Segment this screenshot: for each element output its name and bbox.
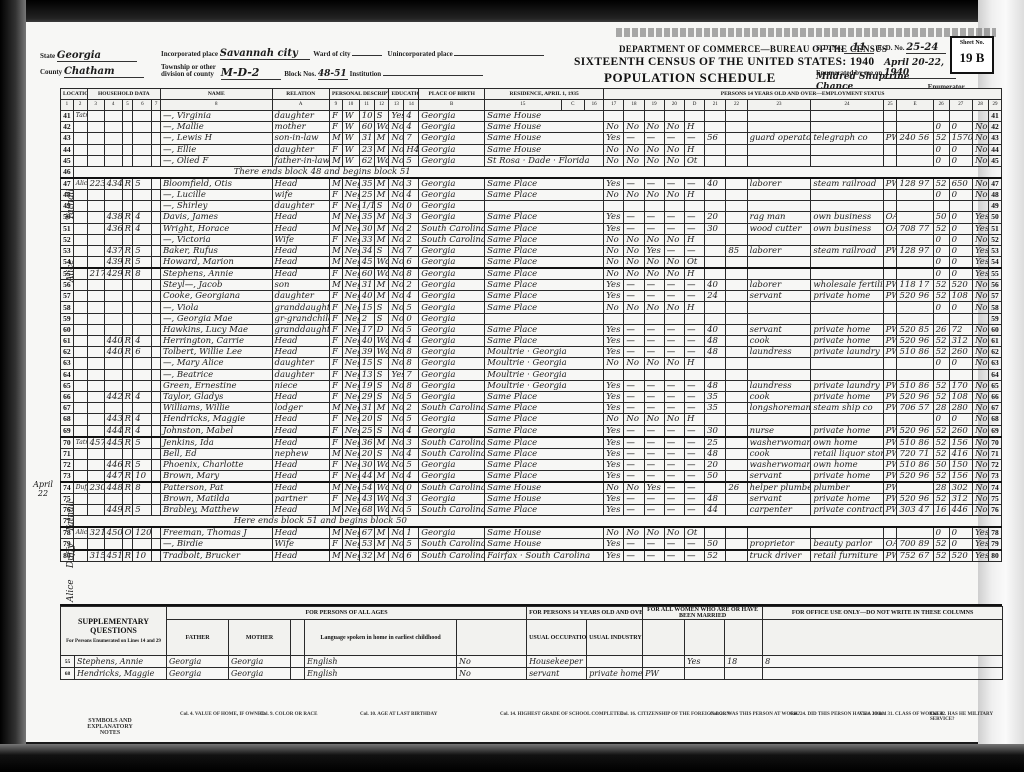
cell-c22: — <box>624 178 644 190</box>
cell-hrs <box>705 245 726 256</box>
cell-inc: 0 <box>949 527 972 539</box>
cell-unemp <box>726 437 747 449</box>
cell-race: Neg <box>342 358 359 369</box>
cell-race: Neg <box>342 369 359 380</box>
cell-grade: 3 <box>404 437 419 449</box>
table-row: 66442R4Taylor, GladysHeadFNeg29SNo5Georg… <box>61 391 1002 402</box>
block-value: 48-51 <box>318 69 348 80</box>
cell-c23: — <box>644 223 664 234</box>
cell-birth: Georgia <box>419 313 485 324</box>
cell-inc: 0 <box>949 155 972 166</box>
cell-res: Same Place <box>485 425 604 437</box>
table-row: 73447R10Brown, MaryHeadFNeg44MNo4Georgia… <box>61 470 1002 482</box>
line-number-right: 51 <box>988 223 1001 234</box>
cell-rel: son <box>272 280 329 291</box>
cell-res: Moultrie · Georgia <box>485 380 604 391</box>
cell-oth: No <box>972 133 988 144</box>
ward-value <box>352 55 382 56</box>
cell-street <box>73 470 87 482</box>
cell-ind: private home <box>811 391 883 402</box>
cell-occ: laundress <box>747 347 811 358</box>
cell-mar: Wd <box>374 493 389 504</box>
usual-occupation-header: USUAL OCCUPATION <box>527 620 587 656</box>
cell-farm <box>152 336 161 347</box>
cell-rel: Head <box>272 223 329 234</box>
cell-res: Same Place <box>485 505 604 516</box>
cell-unemp <box>726 234 747 245</box>
cell-sch: No <box>389 448 404 459</box>
cell-c23: No <box>644 144 664 155</box>
cell-c24: No <box>664 257 684 269</box>
cell-ind <box>811 302 883 313</box>
line-number-right: 79 <box>988 539 1001 551</box>
cell-val: 5 <box>133 459 152 470</box>
cell-hrs <box>705 302 726 313</box>
cell-race: Neg <box>342 380 359 391</box>
cell-rel: Head <box>272 257 329 269</box>
cell-occ <box>747 155 811 166</box>
cell-inc: 170 <box>949 380 972 391</box>
cell-c21: Yes <box>604 470 624 482</box>
cell-occ: cook <box>747 336 811 347</box>
cell-cls: PW <box>883 448 897 459</box>
cell-birth: South Carolina <box>419 223 485 234</box>
cell-rel: son-in-law <box>272 133 329 144</box>
cell-inc: 520 <box>949 280 972 291</box>
cell-res: Same Place <box>485 302 604 313</box>
cell-ind <box>811 234 883 245</box>
cell-c21: No <box>604 358 624 369</box>
cell-num <box>104 144 122 155</box>
cell-hrs: 40 <box>705 178 726 190</box>
cell-code <box>897 201 933 212</box>
cell-mar: S <box>374 358 389 369</box>
cell-rel: daughter <box>272 291 329 302</box>
supp-cell-name: Stephens, Annie <box>75 656 167 668</box>
cell-mar: M <box>374 133 389 144</box>
cell-farm <box>152 245 161 256</box>
cell-c25: H <box>684 268 704 280</box>
cell-grade: 6 <box>404 550 419 562</box>
cell-street <box>73 122 87 133</box>
cell-grade: 5 <box>404 459 419 470</box>
cell-inc: 260 <box>949 425 972 437</box>
line-number-right: 55 <box>988 268 1001 280</box>
cell-grade: 4 <box>404 470 419 482</box>
cell-sch: No <box>389 527 404 539</box>
cell-sex: F <box>329 268 342 280</box>
cell-code <box>897 155 933 166</box>
supp-cell-ss: No <box>457 668 527 680</box>
line-number-right: 65 <box>988 380 1001 391</box>
cell-age: 10 <box>359 111 374 122</box>
cell-code: 706 57 <box>897 403 933 414</box>
supp-cell-married: Yes <box>685 656 725 668</box>
cell-own <box>122 234 133 245</box>
cell-c21: Yes <box>604 291 624 302</box>
cell-c21 <box>604 111 624 122</box>
cell-cls <box>883 144 897 155</box>
location-header: LOCATION <box>61 89 88 100</box>
cell-code: 720 71 <box>897 448 933 459</box>
table-row: 59—, Georgia Maegr-grandchildFNeg2SNo0Ge… <box>61 313 1002 324</box>
cell-house <box>87 459 104 470</box>
column-number: E <box>897 100 933 111</box>
cell-cls: PW <box>883 493 897 504</box>
cell-wks: 50 <box>933 212 949 223</box>
township-field: Township or other division of county M-D… <box>161 64 483 80</box>
cell-c22: — <box>624 291 644 302</box>
cell-race: Neg <box>342 257 359 269</box>
cell-unemp <box>726 550 747 562</box>
cell-val <box>133 234 152 245</box>
cell-sch: No <box>389 144 404 155</box>
mother-header: MOTHER <box>229 620 291 656</box>
table-row: 55217429R8Stephens, AnnieHeadFNeg60WdNo8… <box>61 268 1002 280</box>
cell-age: 15 <box>359 358 374 369</box>
cell-cls <box>883 414 897 425</box>
cell-rel: Wife <box>272 539 329 551</box>
line-number-right: 74 <box>988 482 1001 494</box>
cell-name: Cooke, Georgiana <box>160 291 272 302</box>
cell-c21: No <box>604 189 624 200</box>
cell-sex: F <box>329 144 342 155</box>
cell-birth: Georgia <box>419 391 485 402</box>
cell-res: Same Place <box>485 324 604 335</box>
table-row: 80315451R10Tradbolt, BruckerHeadMNeg32MN… <box>61 550 1002 562</box>
cell-name: Williams, Willie <box>160 403 272 414</box>
cell-c21: No <box>604 482 624 494</box>
cell-mar: M <box>374 144 389 155</box>
cell-age: 60 <box>359 122 374 133</box>
line-number: 74 <box>61 482 74 494</box>
cell-hrs: 35 <box>705 391 726 402</box>
cell-inc <box>949 111 972 122</box>
cell-name: Davis, James <box>160 212 272 223</box>
cell-unemp <box>726 111 747 122</box>
cell-ind <box>811 369 883 380</box>
cell-birth: Georgia <box>419 347 485 358</box>
margin-side-note: April 22 <box>28 480 58 498</box>
cell-wks: 52 <box>933 470 949 482</box>
cell-val: 8 <box>133 482 152 494</box>
cell-occ: laborer <box>747 280 811 291</box>
cell-res: Same Place <box>485 448 604 459</box>
cell-code <box>897 414 933 425</box>
cell-c22: No <box>624 234 644 245</box>
cell-c24: No <box>664 155 684 166</box>
cell-code: 128 97 <box>897 245 933 256</box>
cell-rel: Head <box>272 425 329 437</box>
cell-birth: South Carolina <box>419 403 485 414</box>
cell-name: —, Mary Alice <box>160 358 272 369</box>
cell-age: 31 <box>359 133 374 144</box>
line-number-right: 59 <box>988 313 1001 324</box>
cell-name: Hawkins, Lucy Mae <box>160 324 272 335</box>
cell-c21: No <box>604 414 624 425</box>
cell-farm <box>152 212 161 223</box>
column-number: 8 <box>160 100 272 111</box>
cell-farm <box>152 223 161 234</box>
cell-c25: Ot <box>684 257 704 269</box>
cell-unemp <box>726 336 747 347</box>
cell-c25: — <box>684 425 704 437</box>
cell-mar: M <box>374 189 389 200</box>
cell-birth: Georgia <box>419 122 485 133</box>
table-row: 53437R5Baker, RufusHeadMNeg34SNo7Georgia… <box>61 245 1002 256</box>
cell-c24: — <box>664 493 684 504</box>
cell-code <box>897 369 933 380</box>
cell-val: 1200 <box>133 527 152 539</box>
cell-birth: Georgia <box>419 380 485 391</box>
cell-unemp <box>726 212 747 223</box>
line-number-right: 57 <box>988 291 1001 302</box>
cell-unemp <box>726 358 747 369</box>
cell-grade: 4 <box>404 122 419 133</box>
cell-race: Neg <box>342 189 359 200</box>
cell-c24: — <box>664 291 684 302</box>
cell-house: 223 <box>87 178 104 190</box>
cell-own <box>122 313 133 324</box>
line-number-right: 41 <box>988 111 1001 122</box>
cell-rel: daughter <box>272 358 329 369</box>
cell-num: 434 <box>104 178 122 190</box>
cell-res <box>485 313 604 324</box>
cell-mar: S <box>374 111 389 122</box>
cell-c23: No <box>644 302 664 313</box>
cell-mar: D <box>374 324 389 335</box>
cell-grade: 4 <box>404 336 419 347</box>
cell-c22: No <box>624 302 644 313</box>
cell-sch: No <box>389 212 404 223</box>
cell-name: Herrington, Carrie <box>160 336 272 347</box>
sheet-value: 19 B <box>952 50 992 66</box>
line-number: 73 <box>61 470 74 482</box>
cell-birth: Georgia <box>419 324 485 335</box>
cell-sch: No <box>389 347 404 358</box>
cell-cls: PW <box>883 324 897 335</box>
cell-oth: Yes <box>972 539 988 551</box>
cell-wks <box>933 369 949 380</box>
column-number: 18 <box>624 100 644 111</box>
cell-unemp: 85 <box>726 245 747 256</box>
cell-oth: No <box>972 122 988 133</box>
cell-birth: Georgia <box>419 425 485 437</box>
cell-cls: PW <box>883 380 897 391</box>
cell-race: W <box>342 144 359 155</box>
cell-ind: private laundry <box>811 347 883 358</box>
cell-code <box>897 358 933 369</box>
cell-house: 230 <box>87 482 104 494</box>
cell-ind: private home <box>811 336 883 347</box>
cell-mar: M <box>374 550 389 562</box>
cell-inc: 156 <box>949 470 972 482</box>
cell-mar: S <box>374 425 389 437</box>
cell-mar: M <box>374 178 389 190</box>
cell-name: —, Birdie <box>160 539 272 551</box>
supp-cell-ind: private home <box>587 668 643 680</box>
cell-age: 2 <box>359 313 374 324</box>
cell-oth: No <box>972 437 988 449</box>
cell-ind: own home <box>811 459 883 470</box>
table-row: 65Green, ErnestinenieceFNeg19SNo8Georgia… <box>61 380 1002 391</box>
line-number-right: 52 <box>988 234 1001 245</box>
cell-street: Tatnall <box>73 111 87 122</box>
cell-cls <box>883 358 897 369</box>
supp-cell-mother: Georgia <box>229 668 291 680</box>
cell-occ: servant <box>747 470 811 482</box>
cell-race: W <box>342 155 359 166</box>
cell-c25: H <box>684 234 704 245</box>
cell-code: 520 96 <box>897 291 933 302</box>
over14-header: FOR PERSONS 14 YEARS OLD AND OVER <box>527 607 643 620</box>
cell-race: W <box>342 122 359 133</box>
cell-grade: 4 <box>404 111 419 122</box>
cell-name: Bell, Ed <box>160 448 272 459</box>
sd-ed-field: S. D. No. 11 E. D. No. 25-24 <box>816 42 946 54</box>
cell-house <box>87 122 104 133</box>
line-number: 44 <box>61 144 74 155</box>
institution-label: Institution <box>350 70 382 78</box>
cell-c24: No <box>664 358 684 369</box>
cell-age: 54 <box>359 482 374 494</box>
cell-num: 440 <box>104 347 122 358</box>
cell-val: 4 <box>133 391 152 402</box>
cell-c21: Yes <box>604 347 624 358</box>
cell-age: 43 <box>359 493 374 504</box>
cell-house <box>87 212 104 223</box>
cell-occ <box>747 122 811 133</box>
cell-rel: Head <box>272 245 329 256</box>
cell-unemp <box>726 189 747 200</box>
cell-race: Neg <box>342 470 359 482</box>
cell-race: Neg <box>342 448 359 459</box>
cell-c23: No <box>644 414 664 425</box>
cell-c24 <box>664 201 684 212</box>
cell-own: R <box>122 414 133 425</box>
column-number: D <box>684 100 704 111</box>
table-row: 76449R5Brabley, MatthewHeadMNeg68WdNo5So… <box>61 505 1002 516</box>
cell-oth: No <box>972 403 988 414</box>
cell-c24: — <box>664 403 684 414</box>
cell-num <box>104 201 122 212</box>
cell-oth: No <box>972 493 988 504</box>
cell-c23: — <box>644 380 664 391</box>
county-value: Chatham <box>64 66 144 78</box>
cell-inc <box>949 313 972 324</box>
cell-unemp <box>726 369 747 380</box>
cell-street <box>73 313 87 324</box>
cell-num <box>104 280 122 291</box>
cell-mar: Wd <box>374 155 389 166</box>
cell-c23: — <box>644 324 664 335</box>
cell-sex: F <box>329 414 342 425</box>
cell-inc <box>949 369 972 380</box>
cell-farm <box>152 302 161 313</box>
cell-ind <box>811 155 883 166</box>
cell-birth: Georgia <box>419 257 485 269</box>
cell-c22: No <box>624 482 644 494</box>
cell-ind <box>811 268 883 280</box>
column-number: 12 <box>374 100 389 111</box>
cell-ind <box>811 358 883 369</box>
cell-birth: Georgia <box>419 527 485 539</box>
cell-code <box>897 189 933 200</box>
cell-inc: 108 <box>949 291 972 302</box>
cell-num: 444 <box>104 425 122 437</box>
cell-c23: — <box>644 336 664 347</box>
cell-sch: No <box>389 437 404 449</box>
cell-c24: — <box>664 459 684 470</box>
women-header: FOR ALL WOMEN WHO ARE OR HAVE BEEN MARRI… <box>643 607 763 620</box>
cell-inc: 72 <box>949 324 972 335</box>
relation-header: RELATION <box>272 89 329 100</box>
cell-farm <box>152 144 161 155</box>
cell-c22: — <box>624 437 644 449</box>
cell-c21: Yes <box>604 324 624 335</box>
margin-street-alice: Alice <box>66 259 76 282</box>
cell-wks: 28 <box>933 482 949 494</box>
cell-inc: 650 <box>949 178 972 190</box>
cell-code: 700 89 <box>897 539 933 551</box>
cell-c23: — <box>644 133 664 144</box>
cell-c21: Yes <box>604 403 624 414</box>
cell-cls <box>883 302 897 313</box>
cell-race: Neg <box>342 336 359 347</box>
cell-sex: F <box>329 291 342 302</box>
cell-hrs <box>705 313 726 324</box>
cell-cls: OA <box>883 223 897 234</box>
cell-house <box>87 280 104 291</box>
cell-code <box>897 313 933 324</box>
cell-oth <box>972 369 988 380</box>
cell-name: Brown, Matilda <box>160 493 272 504</box>
line-number-right: 71 <box>988 448 1001 459</box>
cell-occ <box>747 201 811 212</box>
cell-val: 4 <box>133 425 152 437</box>
cell-own <box>122 358 133 369</box>
cell-house <box>87 448 104 459</box>
cell-sex: M <box>329 550 342 562</box>
cell-cls: PW <box>883 291 897 302</box>
cell-oth <box>972 201 988 212</box>
cell-age: 62 <box>359 155 374 166</box>
line-number: 64 <box>61 369 74 380</box>
line-number: 41 <box>61 111 74 122</box>
cell-sex: M <box>329 223 342 234</box>
cell-wks: 52 <box>933 280 949 291</box>
cell-res: Same House <box>485 122 604 133</box>
cell-ind: own home <box>811 437 883 449</box>
table-row: 72446R5Phoenix, CharlotteHeadFNeg30WdNo5… <box>61 459 1002 470</box>
cell-c22: — <box>624 280 644 291</box>
cell-wks: 0 <box>933 358 949 369</box>
cell-c22: — <box>624 212 644 223</box>
column-number: C <box>561 100 584 111</box>
cell-num <box>104 189 122 200</box>
cell-c21: Yes <box>604 380 624 391</box>
cell-grade: 8 <box>404 380 419 391</box>
cell-house <box>87 391 104 402</box>
cell-val <box>133 369 152 380</box>
cell-c22: — <box>624 459 644 470</box>
cell-c23: — <box>644 448 664 459</box>
cell-name: —, Ellie <box>160 144 272 155</box>
cell-ind <box>811 257 883 269</box>
cell-unemp <box>726 133 747 144</box>
cell-house: 321 <box>87 527 104 539</box>
cell-street <box>73 324 87 335</box>
